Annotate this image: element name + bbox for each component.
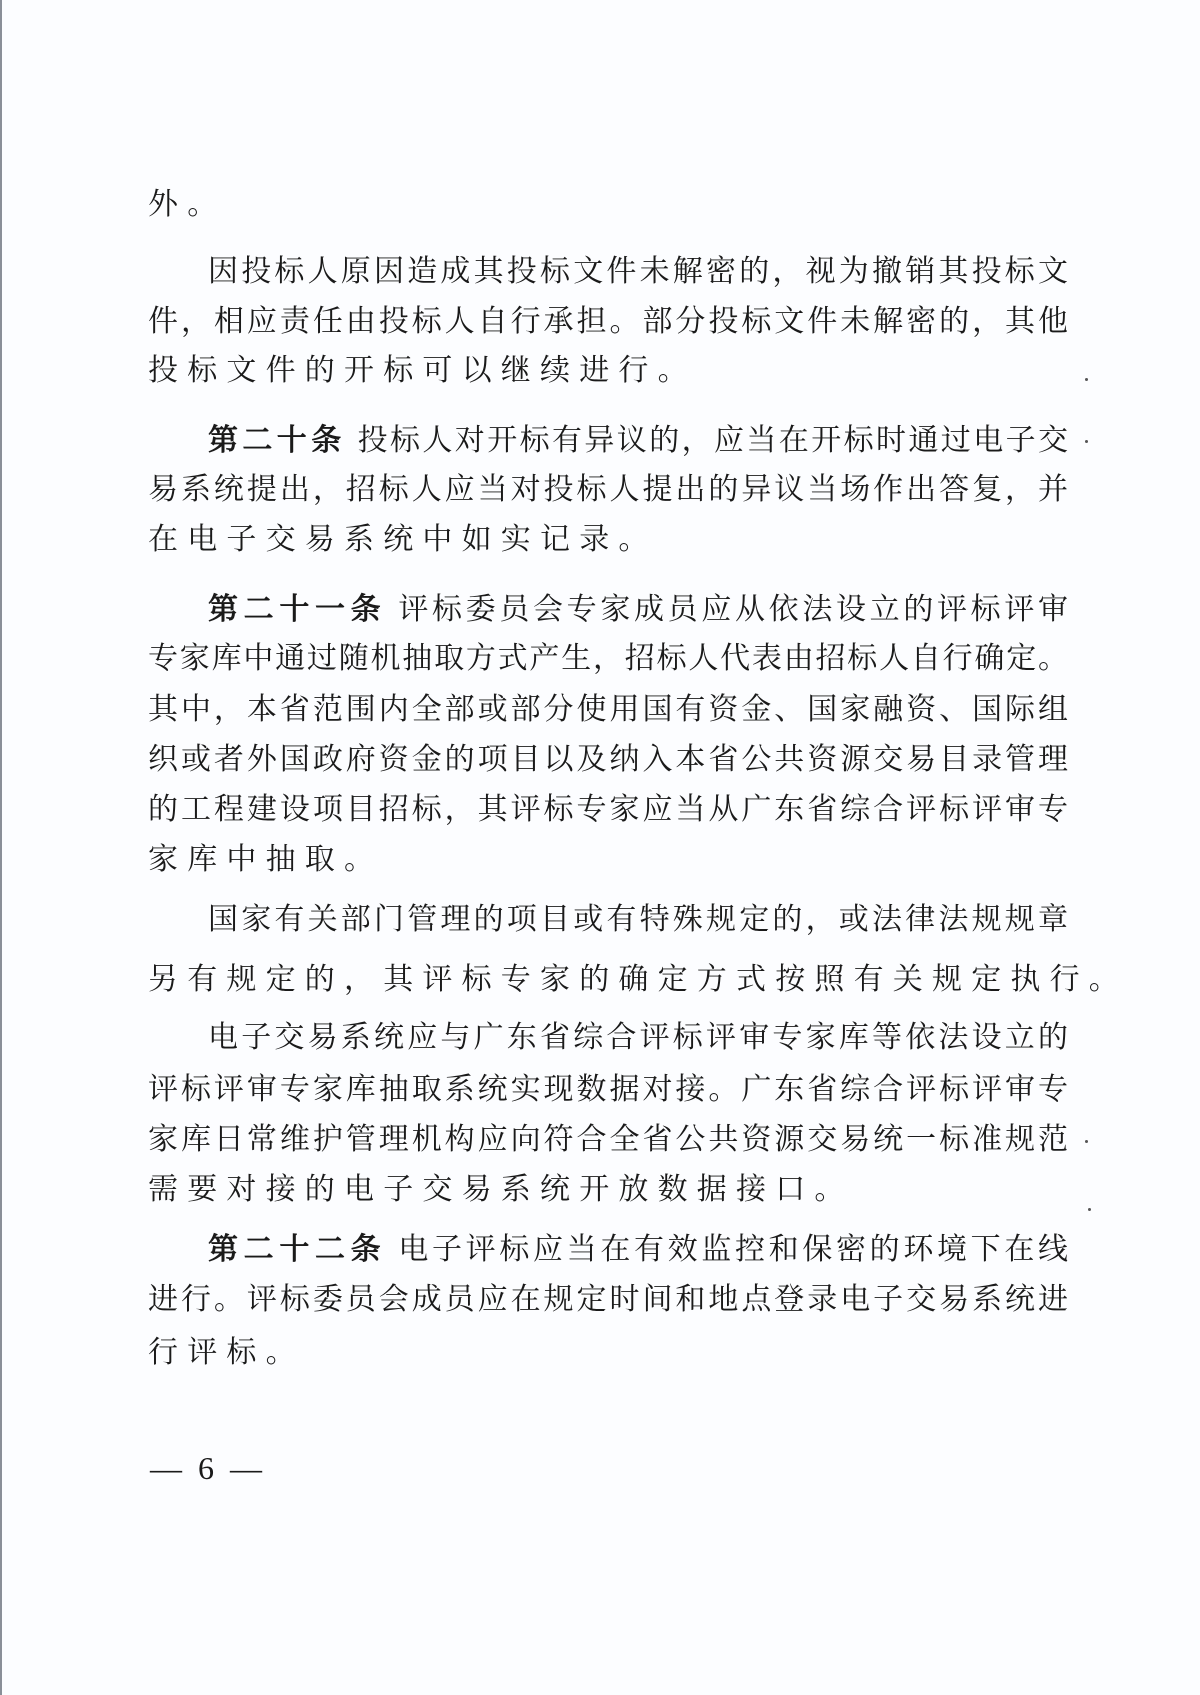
paragraph-line: 专家库中通过随机抽取方式产生，招标人代表由招标人自行确定。 (148, 639, 1068, 679)
article-heading: 第二十一条 (208, 592, 386, 627)
scan-speck (1085, 440, 1088, 443)
paragraph-line: 家库中抽取。 (148, 840, 1068, 880)
scan-speck (1085, 378, 1088, 381)
article-heading: 第二十条 (208, 423, 346, 458)
paragraph-line: 其中，本省范围内全部或部分使用国有资金、国家融资、国际组 (148, 690, 1068, 730)
paragraph-line: 的工程建设项目招标，其评标专家应当从广东省综合评标评审专 (148, 790, 1068, 830)
paragraph-line: 另有规定的，其评标专家的确定方式按照有关规定执行。 (148, 960, 1068, 1000)
article-21-line: 第二十一条评标委员会专家成员应从依法设立的评标评审 (208, 590, 1068, 630)
article-20-line: 第二十条投标人对开标有异议的，应当在开标时通过电子交 (208, 421, 1068, 461)
paragraph-line: 需要对接的电子交易系统开放数据接口。 (148, 1170, 1068, 1210)
document-page: 外。 因投标人原因造成其投标文件未解密的，视为撤销其投标文 件，相应责任由投标人… (0, 0, 1200, 1695)
text-line: 外。 (148, 185, 1068, 225)
article-text: 电子评标应当在有效监控和保密的环境下在线 (398, 1232, 1068, 1267)
paragraph-line: 电子交易系统应与广东省综合评标评审专家库等依法设立的 (208, 1018, 1068, 1058)
article-22-line: 第二十二条电子评标应当在有效监控和保密的环境下在线 (208, 1230, 1068, 1270)
article-text: 评标委员会专家成员应从依法设立的评标评审 (398, 592, 1068, 627)
scan-speck (1085, 1140, 1088, 1143)
paragraph-line: 行评标。 (148, 1333, 1068, 1373)
paragraph-line: 织或者外国政府资金的项目以及纳入本省公共资源交易目录管理 (148, 740, 1068, 780)
paragraph-line: 件，相应责任由投标人自行承担。部分投标文件未解密的，其他 (148, 302, 1068, 342)
paragraph-line: 因投标人原因造成其投标文件未解密的，视为撤销其投标文 (208, 252, 1068, 292)
paragraph-line: 国家有关部门管理的项目或有特殊规定的，或法律法规规章 (208, 900, 1068, 940)
scan-speck (1088, 1208, 1091, 1211)
page-number: — 6 — (150, 1448, 266, 1488)
paragraph-line: 在电子交易系统中如实记录。 (148, 520, 1068, 560)
paragraph-line: 投标文件的开标可以继续进行。 (148, 351, 1068, 391)
paragraph-line: 进行。评标委员会成员应在规定时间和地点登录电子交易系统进 (148, 1280, 1068, 1320)
article-text: 投标人对开标有异议的，应当在开标时通过电子交 (358, 423, 1068, 458)
paragraph-line: 家库日常维护管理机构应向符合全省公共资源交易统一标准规范 (148, 1120, 1068, 1160)
article-heading: 第二十二条 (208, 1232, 386, 1267)
paragraph-line: 评标评审专家库抽取系统实现数据对接。广东省综合评标评审专 (148, 1070, 1068, 1110)
paragraph-line: 易系统提出，招标人应当对投标人提出的异议当场作出答复，并 (148, 470, 1068, 510)
